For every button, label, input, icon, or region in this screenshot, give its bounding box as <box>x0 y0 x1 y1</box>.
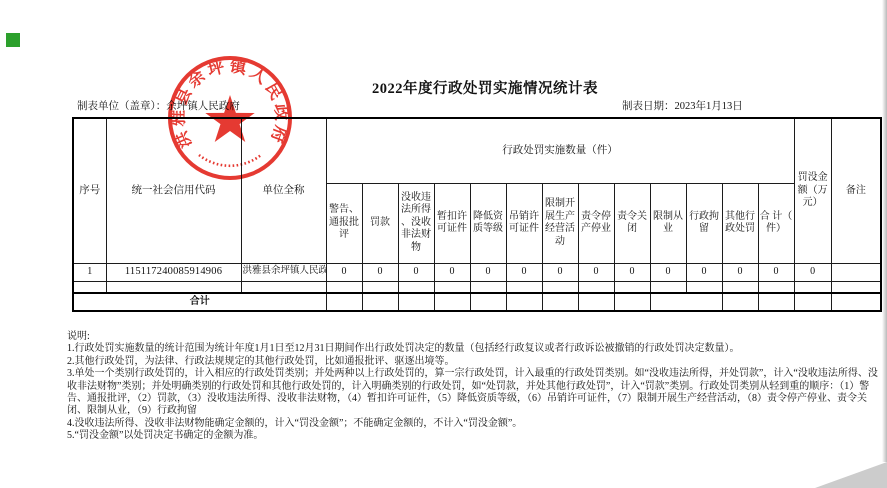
table-row: 1 115117240085914906 洪雅县余坪镇人民政 0 0 0 0 0… <box>73 263 881 281</box>
subheader-halt-production: 责令停产停业 <box>578 183 614 263</box>
subheader-restrict-employment: 限制从业 <box>650 183 686 263</box>
subheader-other-penalty: 其他行政处罚 <box>722 183 758 263</box>
subheader-fine: 罚款 <box>362 183 398 263</box>
penalty-statistics-table: 序号 统一社会信用代码 单位全称 行政处罚实施数量（件） 罚没金额（万元） 备注… <box>72 117 882 312</box>
header-remark: 备注 <box>831 118 881 263</box>
cell-value: 0 <box>650 263 686 281</box>
cell-value: 0 <box>506 263 542 281</box>
cell-value: 0 <box>722 263 758 281</box>
header-fine-amount: 罚没金额（万元） <box>794 118 831 263</box>
subheader-detention: 行政拘留 <box>686 183 722 263</box>
document-page: 2022年度行政处罚实施情况统计表 制表单位（盖章）：余坪镇人民政府 制表日期：… <box>0 0 887 488</box>
subheader-order-close: 责令关闭 <box>614 183 650 263</box>
subheader-confiscate: 没收违法所得、没收非法财物 <box>398 183 434 263</box>
subheader-warning: 警告、通报批评 <box>326 183 362 263</box>
notes-heading: 说明: <box>67 331 881 343</box>
header-quantity-group: 行政处罚实施数量（件） <box>326 118 794 183</box>
cell-value: 0 <box>434 263 470 281</box>
page-edge-shadow <box>882 0 887 462</box>
maker-unit-value: 余坪镇人民政府 <box>166 101 240 112</box>
cell-value: 0 <box>614 263 650 281</box>
note-item-1: 1.行政处罚实施数量的统计范围为统计年度1月1日至12月31日期间作出行政处罚决… <box>67 343 881 355</box>
page-title: 2022年度行政处罚实施情况统计表 <box>372 77 598 98</box>
cell-credit-code: 115117240085914906 <box>106 263 241 281</box>
cell-value: 0 <box>686 263 722 281</box>
cell-remark <box>831 263 881 281</box>
cell-value: 0 <box>758 263 794 281</box>
note-item-5: 5.“罚没金额”以处罚决定书确定的金额为准。 <box>67 430 881 442</box>
subheader-suspend-license: 暂扣许可证件 <box>434 183 470 263</box>
note-item-2: 2.其他行政处罚，为法律、行政法规规定的其他行政处罚，比如通报批评、驱逐出境等。 <box>67 356 881 368</box>
report-date-label: 制表日期： <box>622 101 675 112</box>
subheader-restrict-production: 限制开展生产经营活动 <box>542 183 578 263</box>
report-date-value: 2023年1月13日 <box>675 101 743 112</box>
cell-seq: 1 <box>73 263 106 281</box>
cell-value: 0 <box>326 263 362 281</box>
cell-fine-amount: 0 <box>794 263 831 281</box>
total-row: 合计 <box>73 293 881 311</box>
subheader-revoke-license: 吊销许可证件 <box>506 183 542 263</box>
header-seq: 序号 <box>73 118 106 263</box>
green-marker-icon <box>6 33 20 47</box>
maker-unit-label: 制表单位（盖章）： <box>77 101 166 112</box>
subheader-total-count: 合 计（件） <box>758 183 794 263</box>
total-label: 合计 <box>73 293 326 311</box>
cell-value: 0 <box>362 263 398 281</box>
empty-row <box>73 281 881 293</box>
cell-value: 0 <box>542 263 578 281</box>
cell-unit-name: 洪雅县余坪镇人民政 <box>241 263 326 281</box>
note-item-3: 3.单处一个类别行政处罚的，计入相应的行政处罚类别；并处两种以上行政处罚的，算一… <box>67 368 881 418</box>
note-item-4: 4.没收违法所得、没收非法财物能确定金额的，计入“罚没金额”；不能确定金额的，不… <box>67 418 881 430</box>
page-corner-shadow <box>815 462 887 488</box>
report-date-line: 制表日期：2023年1月13日 <box>622 98 743 113</box>
cell-value: 0 <box>578 263 614 281</box>
notes-section: 说明: 1.行政处罚实施数量的统计范围为统计年度1月1日至12月31日期间作出行… <box>67 331 881 443</box>
cell-value: 0 <box>470 263 506 281</box>
header-unit-name: 单位全称 <box>241 118 326 263</box>
cell-value: 0 <box>398 263 434 281</box>
header-credit-code: 统一社会信用代码 <box>106 118 241 263</box>
maker-unit-line: 制表单位（盖章）：余坪镇人民政府 <box>77 98 240 113</box>
subheader-downgrade: 降低资质等级 <box>470 183 506 263</box>
